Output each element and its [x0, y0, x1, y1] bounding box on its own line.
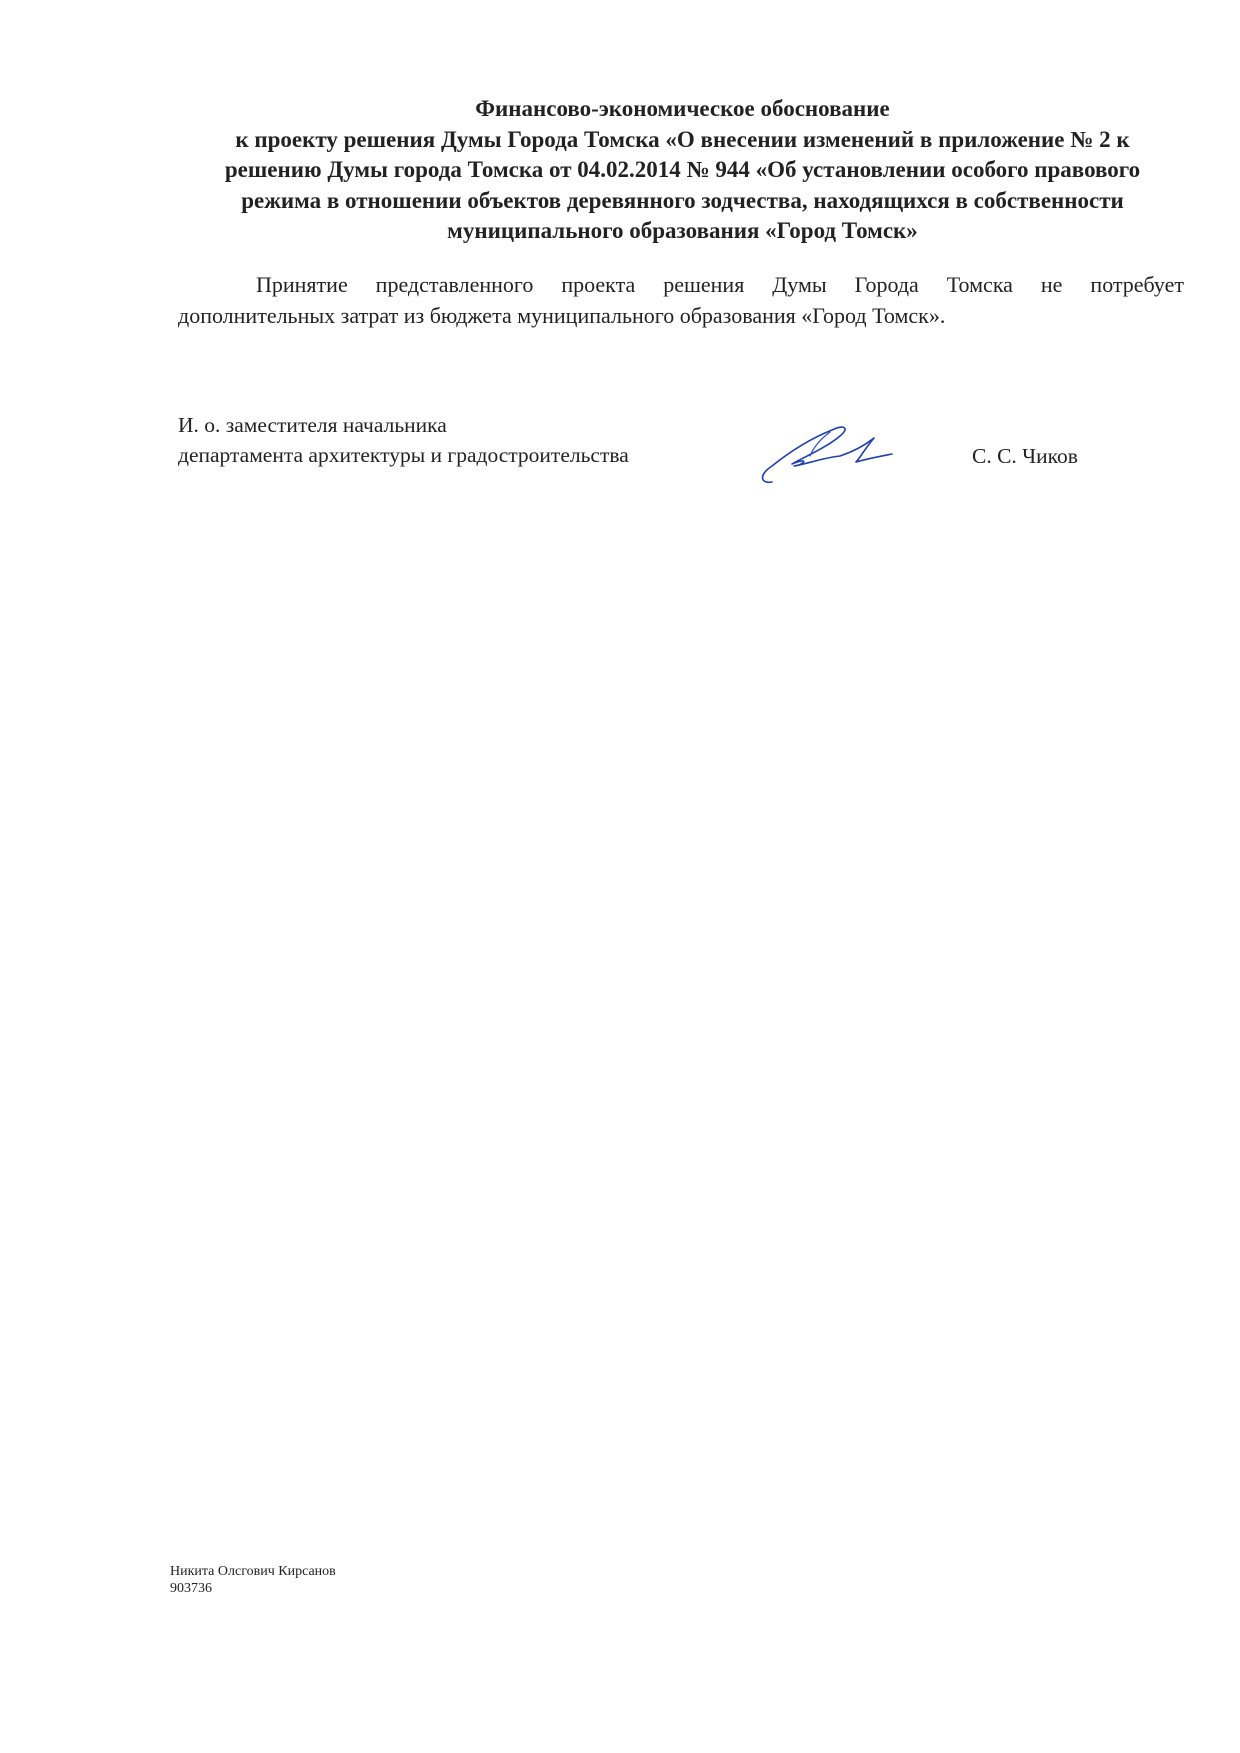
position-line: департамента архитектуры и градостроител… [178, 440, 629, 470]
title-line: к проекту решения Думы Города Томска «О … [170, 125, 1195, 156]
executor-phone: 903736 [170, 1580, 336, 1597]
document-title: Финансово-экономическое обоснование к пр… [170, 94, 1195, 247]
executor-name: Никита Олсгович Кирсанов [170, 1563, 336, 1580]
body-line: Принятие представленного проекта решения… [178, 269, 1184, 300]
title-line: муниципального образования «Город Томск» [170, 216, 1195, 247]
title-line: режима в отношении объектов деревянного … [170, 186, 1195, 217]
position-line: И. о. заместителя начальника [178, 410, 629, 440]
title-line: Финансово-экономическое обоснование [170, 94, 1195, 125]
executor-footer: Никита Олсгович Кирсанов 903736 [170, 1563, 336, 1597]
document-page: Финансово-экономическое обоснование к пр… [0, 0, 1240, 1753]
signatory-name: С. С. Чиков [972, 441, 1078, 471]
handwritten-signature-icon [752, 418, 902, 488]
body-line: дополнительных затрат из бюджета муницип… [178, 300, 1184, 331]
signatory-position: И. о. заместителя начальника департамент… [178, 410, 629, 470]
body-paragraph: Принятие представленного проекта решения… [178, 269, 1184, 331]
title-line: решению Думы города Томска от 04.02.2014… [170, 155, 1195, 186]
